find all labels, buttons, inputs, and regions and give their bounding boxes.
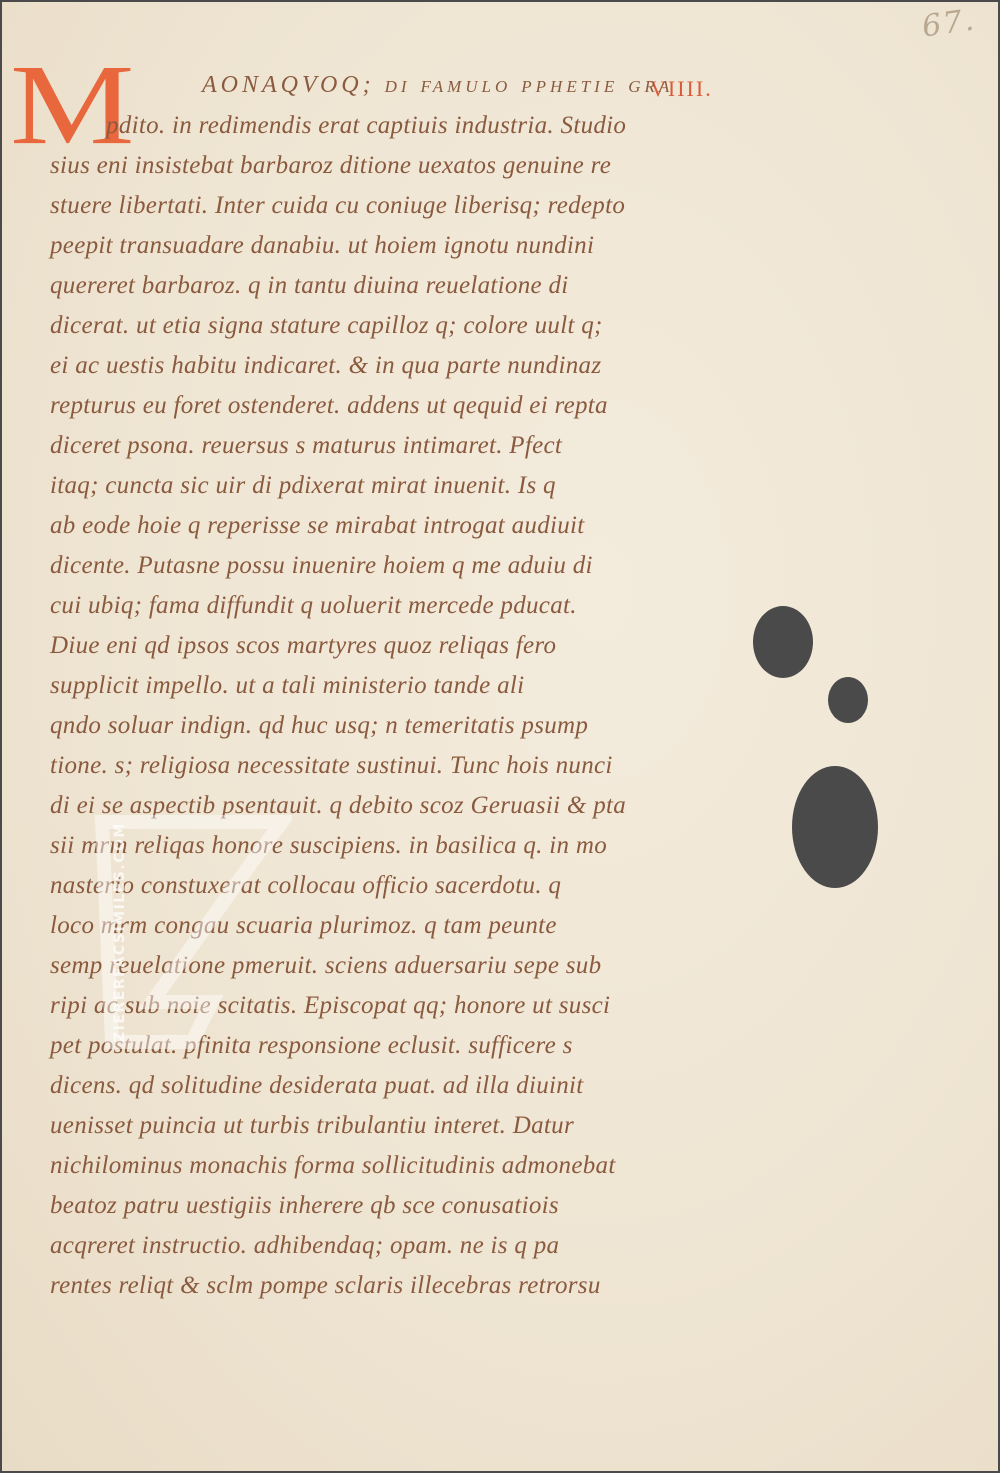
text-line: ab eode hoie q reperisse se mirabat intr… — [50, 512, 585, 540]
folio-number: 67. — [920, 2, 978, 44]
text-line: di ei se aspectib psentauit. q debito sc… — [50, 792, 626, 820]
text-line: pdito. in redimendis erat captiuis indus… — [106, 112, 626, 140]
parchment-hole — [753, 606, 813, 678]
text-line: ripi ac sub noie scitatis. Episcopat qq;… — [50, 992, 610, 1020]
watermark-text: ZIERERFACSIMILES.COM — [112, 822, 128, 1042]
parchment-hole — [792, 766, 878, 888]
text-line: cui ubiq; fama diffundit q uoluerit merc… — [50, 592, 577, 620]
text-line: dicerat. ut etia signa stature capilloz … — [50, 312, 603, 340]
text-line: stuere libertati. Inter cuida cu coniuge… — [50, 192, 625, 220]
text-line: repturus eu foret ostenderet. addens ut … — [50, 392, 608, 420]
text-line: quereret barbaroz. q in tantu diuina reu… — [50, 272, 569, 300]
text-line: Diue eni qd ipsos scos martyres quoz rel… — [50, 632, 556, 660]
text-line: uenisset puincia ut turbis tribulantiu i… — [50, 1112, 574, 1140]
parchment-hole — [828, 677, 868, 723]
illuminated-initial: M — [10, 48, 134, 163]
text-line: nichilominus monachis forma sollicitudin… — [50, 1152, 616, 1180]
text-line: ei ac uestis habitu indicaret. & in qua … — [50, 352, 601, 380]
text-line: itaq; cuncta sic uir di pdixerat mirat i… — [50, 472, 556, 500]
text-line: qndo soluar indign. qd huc usq; n temeri… — [50, 712, 588, 740]
text-line: sii mrm reliqas honore suscipiens. in ba… — [50, 832, 607, 860]
text-line: beatoz patru uestigiis inherere qb sce c… — [50, 1192, 559, 1220]
text-line: semp reuelatione pmeruit. sciens aduersa… — [50, 952, 601, 980]
text-line: rentes reliqt & sclm pompe sclaris illec… — [50, 1272, 601, 1300]
text-line: peepit transuadare danabiu. ut hoiem ign… — [50, 232, 594, 260]
text-line: acqreret instructio. adhibendaq; opam. n… — [50, 1232, 559, 1260]
text-line: AONAQVOQ; di famulo pphetie gra — [202, 72, 673, 99]
text-line: tione. s; religiosa necessitate sustinui… — [50, 752, 613, 780]
text-line: sius eni insistebat barbaroz ditione uex… — [50, 152, 611, 180]
text-line: supplicit impello. ut a tali ministerio … — [50, 672, 524, 700]
text-line: diceret psona. reuersus s maturus intima… — [50, 432, 562, 460]
text-line: pet postulat. pfinita responsione eclusi… — [50, 1032, 573, 1060]
manuscript-page: 67. M VIIII. AONAQVOQ; di famulo pphetie… — [2, 2, 998, 1471]
text-line: dicente. Putasne possu inuenire hoiem q … — [50, 552, 593, 580]
text-line: dicens. qd solitudine desiderata puat. a… — [50, 1072, 584, 1100]
